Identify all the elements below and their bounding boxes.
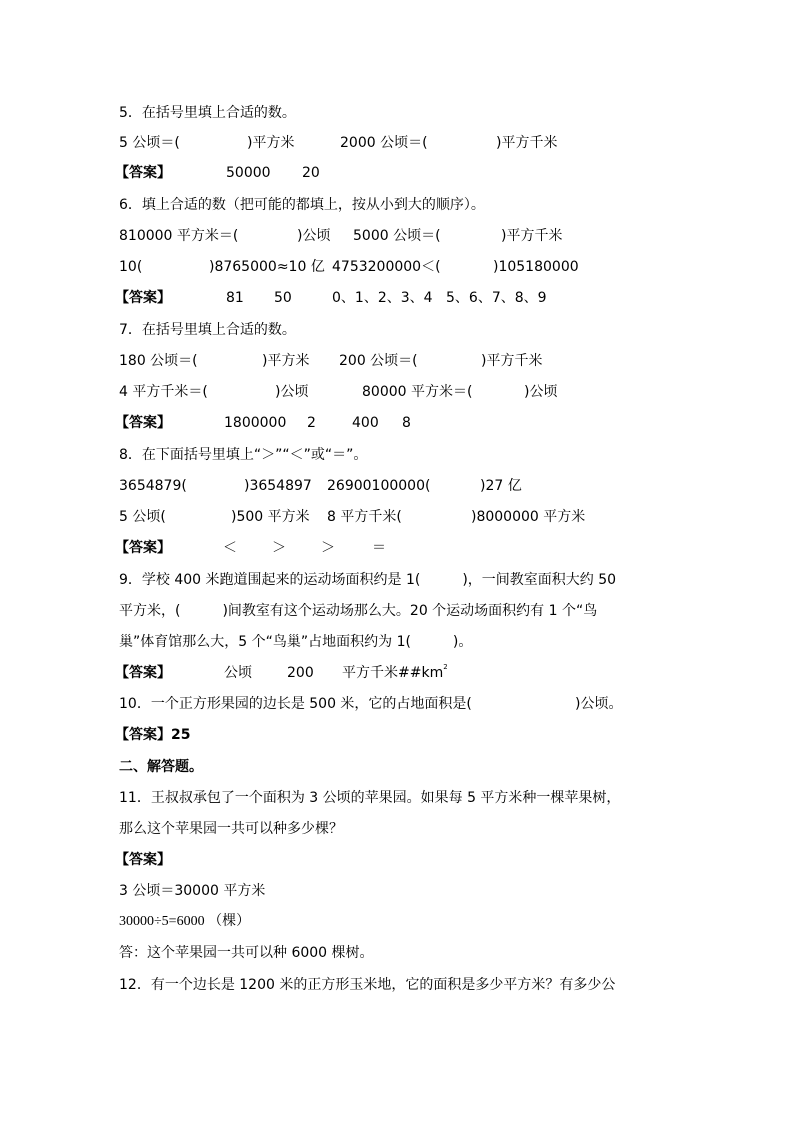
q7-line1: 180 公顷＝( )平方米 200 公顷＝( )平方千米 (119, 350, 137, 372)
q8-ans2: ＞ (321, 537, 335, 559)
q7-ans3: 8 (402, 412, 411, 434)
q8-l2-seg3: )8000000 平方米 (471, 506, 585, 528)
q6-l2-seg1: )8765000≈10 亿 (209, 256, 325, 278)
q7-answer: 【答案】 1800000 2 400 8 (119, 412, 137, 434)
q8-ans1: ＞ (272, 537, 286, 559)
section-heading: 二、解答题。 (119, 756, 203, 778)
q9-ans2: 平方千米##km2 (342, 662, 448, 684)
q6-line2: 10( )8765000≈10 亿 4753200000＜( )10518000… (119, 256, 137, 278)
q11-step2: 30000÷5=6000 （棵） (119, 911, 250, 933)
q7-l1-seg3: )平方千米 (481, 350, 542, 372)
q5-l1-seg3: )平方千米 (496, 132, 557, 154)
q6-ans0: 81 (226, 287, 244, 309)
q7-l2-seg1: )公顷 (275, 381, 308, 403)
answer-label: 【答案】 (115, 287, 171, 309)
q9-line1: 9．学校 400 米跑道围起来的运动场面积约是 1( )，一间教室面积大约 50 (119, 569, 616, 591)
q6-l1-seg2: 5000 公顷＝( (353, 225, 441, 247)
answer-label: 【答案】 (115, 412, 171, 434)
q6-l1-seg0: 810000 平方米＝( (119, 225, 238, 247)
q6-l2-seg2: 4753200000＜( (332, 256, 441, 278)
q9-line2: 平方米，( )间教室有这个运动场那么大。20 个运动场面积约有 1 个“鸟 (119, 600, 597, 622)
answer-label: 【答案】 (115, 537, 171, 559)
q5-line1: 5 公顷＝( )平方米 2000 公顷＝( )平方千米 (119, 132, 137, 154)
q8-l1-seg0: 3654879( (119, 475, 187, 497)
q8-ans3: ＝ (372, 537, 386, 559)
answer-label: 【答案】 (115, 162, 171, 184)
q12-line1: 12．有一个边长是 1200 米的正方形玉米地，它的面积是多少平方米？有多少公 (119, 974, 615, 996)
q7-ans2: 400 (352, 412, 379, 434)
q9-ans0: 公顷 (224, 662, 252, 684)
q11-conclusion: 答：这个苹果园一共可以种 6000 棵树。 (119, 942, 374, 964)
q11-line2: 那么这个苹果园一共可以种多少棵？ (119, 818, 343, 840)
q6-l1-seg3: )平方千米 (501, 225, 562, 247)
q7-l2-seg3: )公顷 (524, 381, 557, 403)
q8-line1: 3654879( )3654897 26900100000( )27 亿 (119, 475, 137, 497)
q9-ans1: 200 (287, 662, 314, 684)
q6-l1-seg1: )公顷 (297, 225, 330, 247)
q7-l1-seg2: 200 公顷＝( (339, 350, 418, 372)
q9-line3: 巢”体育馆那么大，5 个“鸟巢”占地面积约为 1( )。 (119, 631, 472, 653)
q11-answer-label: 【答案】 (115, 849, 171, 871)
q8-l1-seg1: )3654897 (244, 475, 312, 497)
q7-l1-seg1: )平方米 (262, 350, 309, 372)
q8-ans0: ＜ (223, 537, 237, 559)
q6-line1: 810000 平方米＝( )公顷 5000 公顷＝( )平方千米 (119, 225, 137, 247)
q11-line1: 11．王叔叔承包了一个面积为 3 公顷的苹果园。如果每 5 平方米种一棵苹果树， (119, 787, 620, 809)
q11-step1: 3 公顷＝30000 平方米 (119, 880, 265, 902)
q8-answer: 【答案】 ＜ ＞ ＞ ＝ (119, 537, 137, 559)
q7-l2-seg2: 80000 平方米＝( (362, 381, 472, 403)
q10-answer: 【答案】25 (115, 724, 190, 746)
q9-answer: 【答案】 公顷 200 平方千米##km2 (119, 662, 137, 684)
q9-ans2-superscript: 2 (443, 663, 447, 671)
q5-ans1: 20 (302, 162, 320, 184)
q7-line2: 4 平方千米＝( )公顷 80000 平方米＝( )公顷 (119, 381, 137, 403)
q8-line2: 5 公顷( )500 平方米 8 平方千米( )8000000 平方米 (119, 506, 137, 528)
q6-l2-seg0: 10( (119, 256, 142, 278)
q8-l1-seg3: )27 亿 (480, 475, 522, 497)
q8-title: 8．在下面括号里填上“＞”“＜”或“＝”。 (119, 444, 367, 466)
q5-l1-seg2: 2000 公顷＝( (340, 132, 428, 154)
q6-ans3: 5、6、7、8、9 (446, 287, 547, 309)
q7-l2-seg0: 4 平方千米＝( (119, 381, 208, 403)
q10-line1: 10．一个正方形果园的边长是 500 米，它的占地面积是( )公顷。 (119, 693, 137, 715)
q6-ans1: 50 (274, 287, 292, 309)
q5-answer: 【答案】 50000 20 (119, 162, 137, 184)
q7-ans0: 1800000 (224, 412, 286, 434)
q5-l1-seg1: )平方米 (247, 132, 294, 154)
q10-l1-seg1: )公顷。 (575, 693, 622, 715)
q6-ans2: 0、1、2、3、4 (332, 287, 433, 309)
q6-l2-seg3: )105180000 (493, 256, 579, 278)
q8-l2-seg0: 5 公顷( (119, 506, 166, 528)
q8-l2-seg1: )500 平方米 (231, 506, 310, 528)
q8-l1-seg2: 26900100000( (327, 475, 430, 497)
q5-l1-seg0: 5 公顷＝( (119, 132, 180, 154)
q5-ans0: 50000 (226, 162, 271, 184)
q8-l2-seg2: 8 平方千米( (327, 506, 402, 528)
q5-title: 5．在括号里填上合适的数。 (119, 102, 296, 124)
q7-l1-seg0: 180 公顷＝( (119, 350, 198, 372)
q7-ans1: 2 (307, 412, 316, 434)
q7-title: 7．在括号里填上合适的数。 (119, 319, 296, 341)
q6-title: 6．填上合适的数（把可能的都填上，按从小到大的顺序）。 (119, 194, 485, 216)
q10-l1-seg0: 10．一个正方形果园的边长是 500 米，它的占地面积是( (119, 693, 472, 715)
q9-ans2-text: 平方千米##km (342, 665, 443, 681)
answer-label: 【答案】 (115, 662, 171, 684)
q6-answer: 【答案】 81 50 0、1、2、3、4 5、6、7、8、9 (119, 287, 137, 309)
document-page: 5．在括号里填上合适的数。 5 公顷＝( )平方米 2000 公顷＝( )平方千… (0, 0, 793, 1122)
